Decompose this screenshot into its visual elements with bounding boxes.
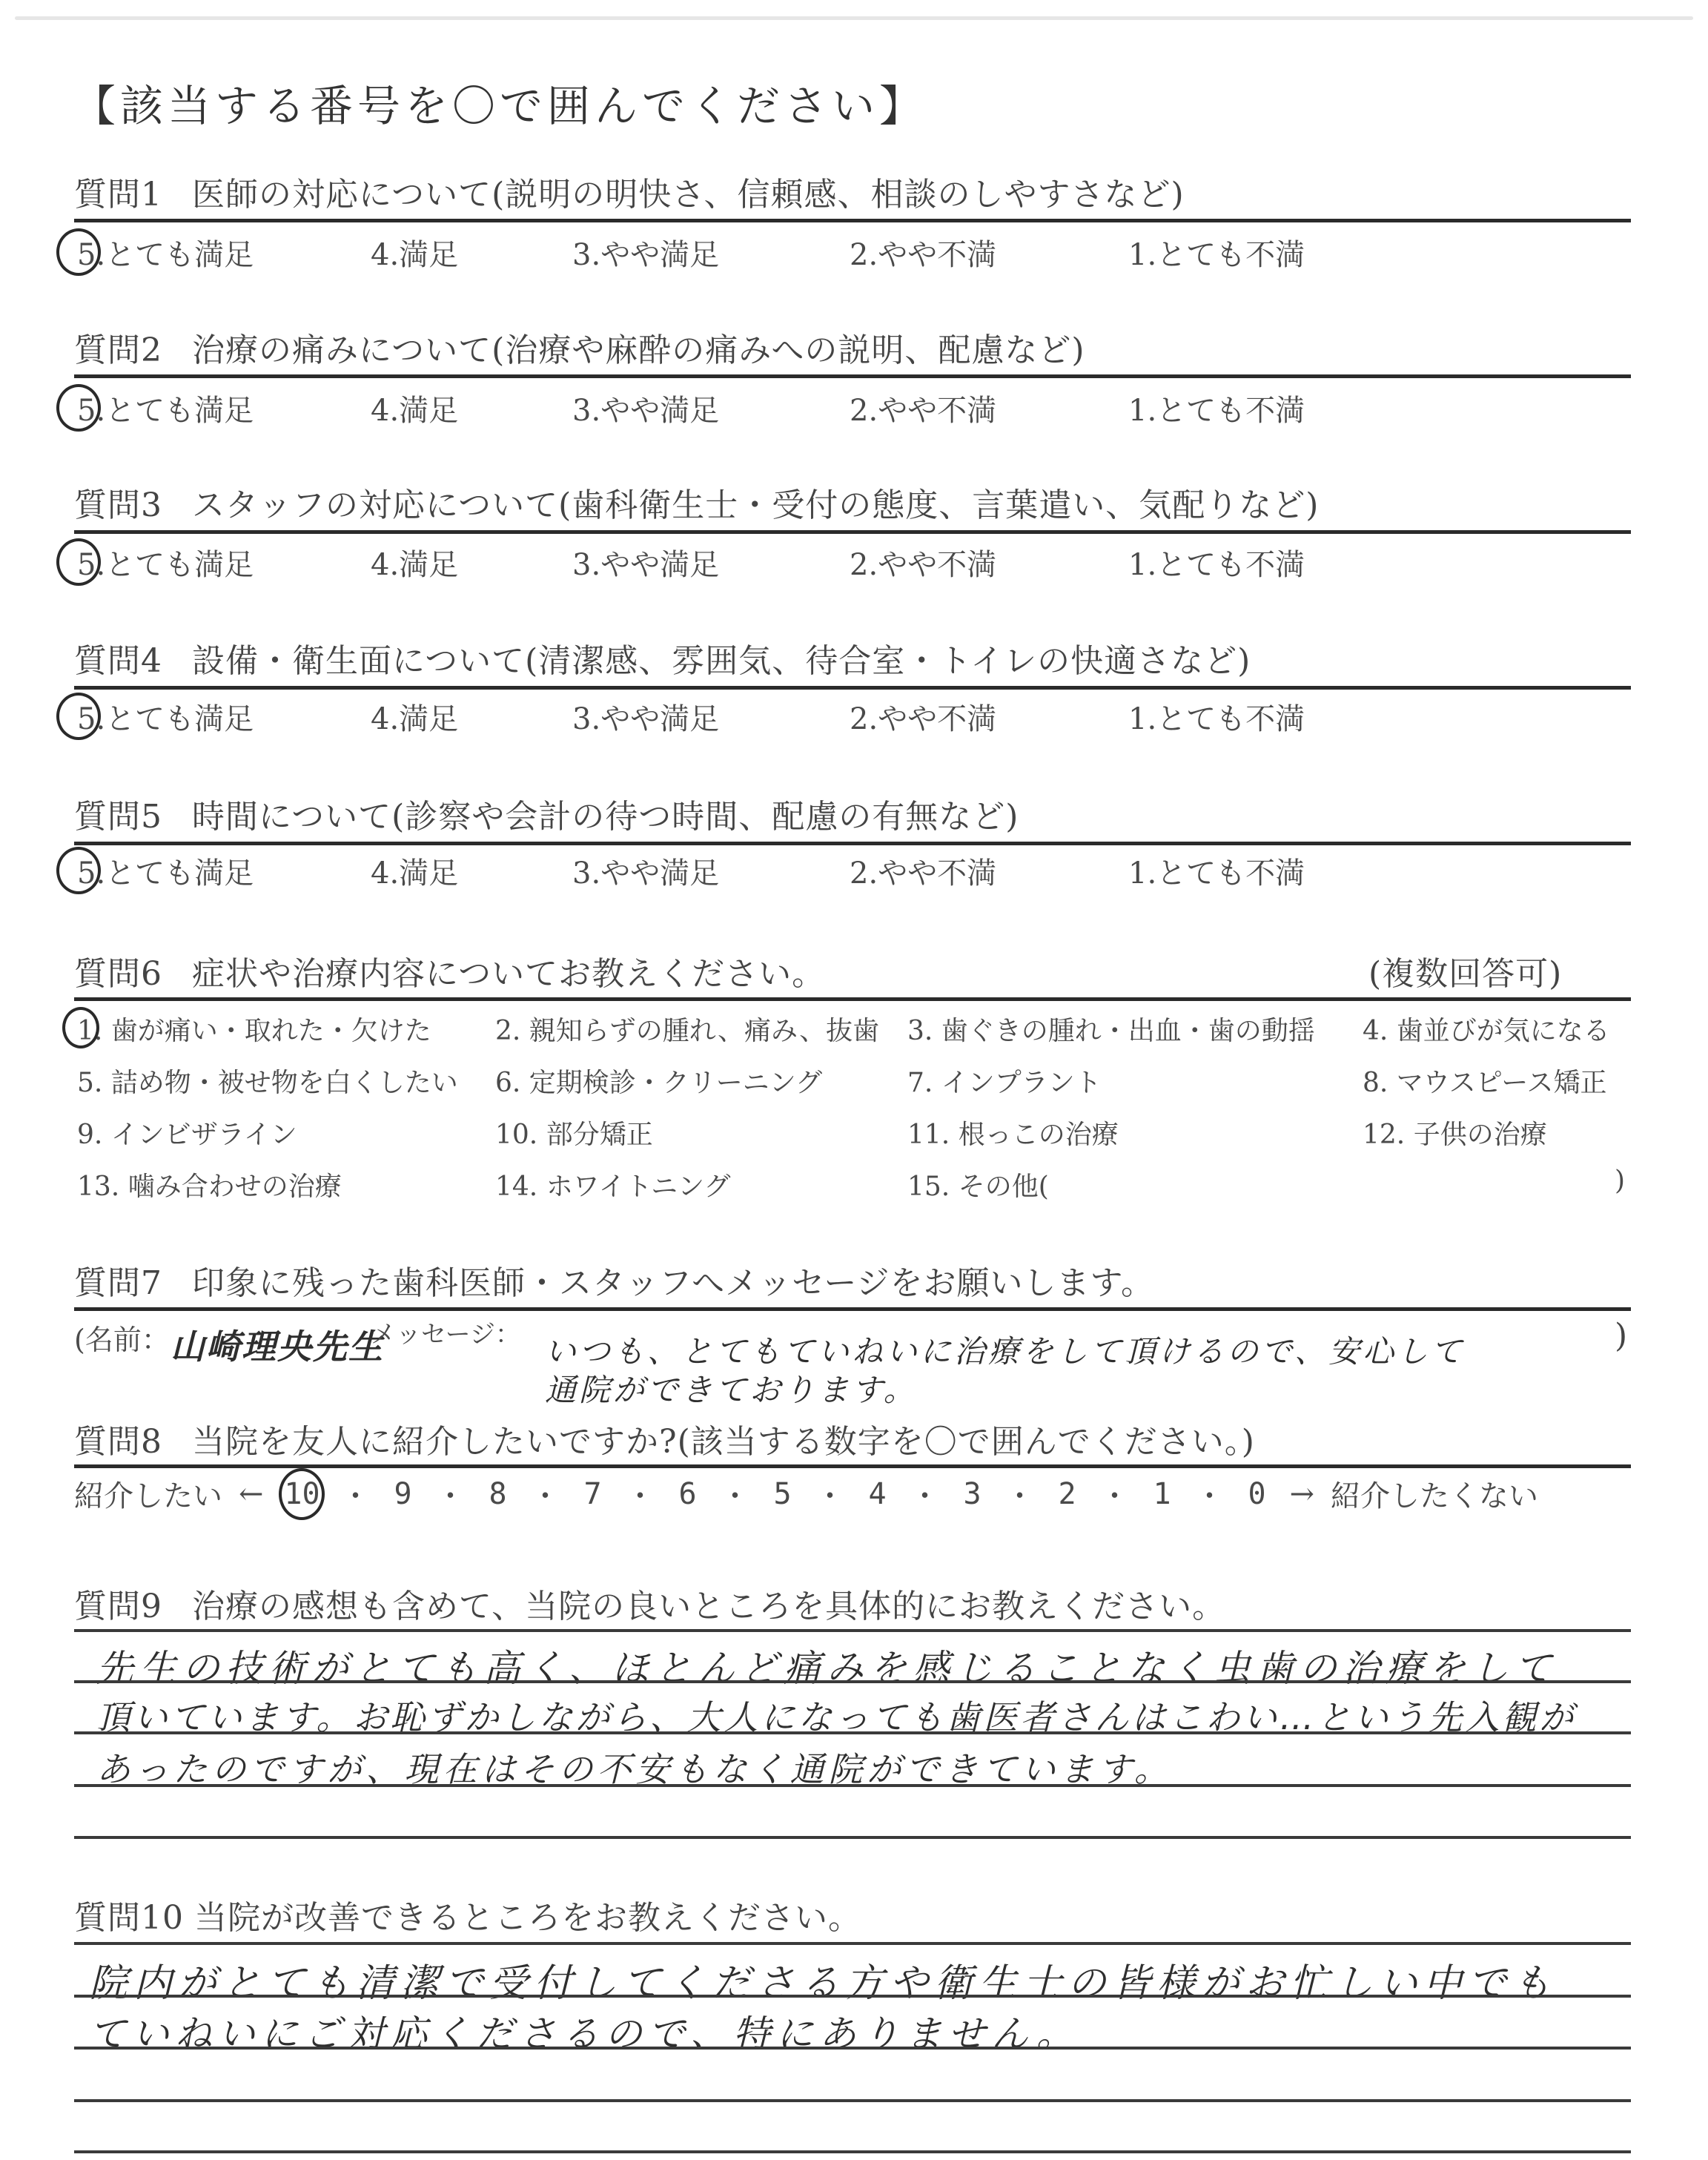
separator: ・ [1084,1473,1146,1515]
question-3-rule [74,530,1631,534]
question-7-text: 印象に残った歯科医師・スタッフへメッセージをお願いします。 [192,1264,1154,1302]
q9-rule-1 [74,1680,1631,1683]
question-6-number: 質問6 [74,955,162,993]
q4-option-2[interactable]: 2.やや不満 [850,696,996,738]
q7-close-paren: ) [1615,1317,1627,1355]
question-8-rule [74,1464,1631,1468]
q6-option-7[interactable]: 7. インプラント [907,1062,1102,1100]
question-1-number: 質問1 [74,176,162,214]
q10-answer-line-2[interactable]: ていねいにご対応くださるので、特にありません。 [89,2004,1079,2058]
q3-option-1[interactable]: 1.とても不満 [1128,541,1305,584]
left-arrow-icon: ← [239,1477,264,1511]
q1-option-2[interactable]: 2.やや不満 [850,231,996,274]
question-2-number: 質問2 [74,331,162,369]
q8-score-10[interactable]: 10 [280,1477,325,1511]
q8-score-5[interactable]: 5 [767,1477,799,1511]
q6-option-8[interactable]: 8. マウスピース矯正 [1363,1062,1606,1100]
question-5-number: 質問5 [74,798,162,836]
q6-option-2[interactable]: 2. 親知らずの腫れ、痛み、抜歯 [495,1010,879,1048]
question-5-rule [74,842,1631,845]
q3-option-2[interactable]: 2.やや不満 [850,541,996,584]
q4-option-4[interactable]: 4.満足 [371,696,458,738]
q3-option-5[interactable]: 5.とても満足 [77,541,254,584]
q6-option-1[interactable]: 1. 歯が痛い・取れた・欠けた [77,1010,431,1048]
q8-score-1[interactable]: 1 [1146,1477,1179,1511]
q9-answer-line-1[interactable]: 先生の技術がとても高く、ほとんど痛みを感じることなく虫歯の治療をして [96,1639,1558,1692]
right-arrow-icon: → [1290,1477,1315,1511]
q6-other-close-paren: ) [1615,1166,1625,1196]
q6-option-13[interactable]: 13. 噛み合わせの治療 [77,1166,342,1203]
q5-option-1[interactable]: 1.とても不満 [1128,850,1305,892]
question-8-heading: 質問8当院を友人に紹介したいですか?(該当する数字を〇で囲んでください。) [74,1415,1255,1462]
question-9-heading: 質問9治療の感想も含めて、当院の良いところを具体的にお教えください。 [74,1579,1225,1627]
q1-option-1[interactable]: 1.とても不満 [1128,231,1305,274]
question-2-text: 治療の痛みについて(治療や麻酔の痛みへの説明、配慮など) [192,331,1085,369]
q2-option-5[interactable]: 5.とても満足 [77,387,254,429]
q5-option-3[interactable]: 3.やや満足 [572,850,719,892]
question-5-heading: 質問5時間について(診察や会計の待つ時間、配慮の有無など) [74,790,1019,837]
q8-left-label: 紹介したい [74,1473,222,1515]
q5-selected-circle [56,847,101,894]
form-instructions-title: 【該当する番号を〇で囲んでください】 [73,71,927,133]
q6-option-11[interactable]: 11. 根っこの治療 [907,1114,1119,1152]
separator: ・ [799,1473,861,1515]
question-2-heading: 質問2治療の痛みについて(治療や麻酔の痛みへの説明、配慮など) [74,323,1085,371]
q3-option-4[interactable]: 4.満足 [371,541,458,584]
q7-message-line-1[interactable]: いつも、とてもていねいに治療をして頂けるので、安心して [545,1327,1465,1372]
q8-score-7[interactable]: 7 [577,1477,609,1511]
separator: ・ [609,1473,672,1515]
question-4-rule [74,686,1631,690]
q8-score-3[interactable]: 3 [956,1477,989,1511]
q1-option-3[interactable]: 3.やや満足 [572,231,719,274]
q10-rule-1 [74,1995,1631,1998]
q4-option-5[interactable]: 5.とても満足 [77,696,254,738]
q4-option-3[interactable]: 3.やや満足 [572,696,719,738]
separator: ・ [704,1473,767,1515]
q2-option-4[interactable]: 4.満足 [371,387,458,429]
question-8-text: 当院を友人に紹介したいですか?(該当する数字を〇で囲んでください。) [192,1423,1255,1461]
question-3-text: スタッフの対応について(歯科衛生士・受付の態度、言葉遣い、気配りなど) [192,486,1319,524]
question-6-multi-answer-note: (複数回答可) [1368,947,1562,994]
question-9-number: 質問9 [74,1588,162,1625]
question-4-heading: 質問4設備・衛生面について(清潔感、雰囲気、待合室・トイレの快適さなど) [74,634,1251,681]
q6-option-14[interactable]: 14. ホワイトニング [495,1166,730,1203]
question-6-heading: 質問6症状や治療内容についてお教えください。 [74,947,825,994]
question-7-number: 質問7 [74,1264,162,1302]
q6-option-12[interactable]: 12. 子供の治療 [1363,1114,1547,1152]
separator: ・ [1179,1473,1241,1515]
question-8-number: 質問8 [74,1423,162,1461]
q9-rule-2 [74,1731,1631,1734]
scan-top-edge [15,16,1693,20]
q4-option-1[interactable]: 1.とても不満 [1128,696,1305,738]
q8-score-4[interactable]: 4 [861,1477,894,1511]
q7-message-label: メッセージ： [371,1314,520,1350]
q5-option-2[interactable]: 2.やや不満 [850,850,996,892]
q4-selected-circle [56,693,101,740]
q1-selected-circle [56,228,101,276]
question-4-text: 設備・衛生面について(清潔感、雰囲気、待合室・トイレの快適さなど) [192,642,1251,680]
q2-selected-circle [56,384,101,432]
question-4-number: 質問4 [74,642,162,680]
q2-option-2[interactable]: 2.やや不満 [850,387,996,429]
q6-option-15-other[interactable]: 15. その他( [907,1166,1049,1203]
q8-score-0[interactable]: 0 [1241,1477,1274,1511]
q6-option-3[interactable]: 3. 歯ぐきの腫れ・出血・歯の動揺 [907,1010,1315,1048]
question-6-rule [74,997,1631,1001]
question-10-number: 質問10 [74,1899,184,1937]
separator: ・ [420,1473,482,1515]
question-6-text: 症状や治療内容についてお教えください。 [192,955,825,993]
question-2-rule [74,374,1631,378]
question-5-text: 時間について(診察や会計の待つ時間、配慮の有無など) [192,798,1019,836]
q2-option-1[interactable]: 1.とても不満 [1128,387,1305,429]
q6-selected-circle [62,1007,99,1048]
q10-answer-line-1[interactable]: 院内がとても清潔で受付してくださる方や衛生士の皆様がお忙しい中でも [89,1952,1557,2007]
question-1-rule [74,219,1631,222]
q6-option-5[interactable]: 5. 詰め物・被せ物を白くしたい [77,1062,458,1100]
separator: ・ [325,1473,387,1515]
question-1-text: 医師の対応について(説明の明快さ、信頼感、相談のしやすさなど) [192,176,1185,214]
q7-message-line-2[interactable]: 通院ができております。 [545,1366,918,1410]
question-7-heading: 質問7印象に残った歯科医師・スタッフへメッセージをお願いします。 [74,1256,1154,1304]
q2-option-3[interactable]: 3.やや満足 [572,387,719,429]
q8-score-2[interactable]: 2 [1051,1477,1084,1511]
q7-name-handwritten[interactable]: 山崎理央先生 [171,1320,384,1369]
q6-option-10[interactable]: 10. 部分矯正 [495,1114,653,1152]
separator: ・ [989,1473,1051,1515]
q8-score-6[interactable]: 6 [672,1477,704,1511]
separator: ・ [894,1473,956,1515]
q8-selected-circle [279,1468,325,1520]
q10-rule-0 [74,1942,1631,1945]
q9-rule-4 [74,1836,1631,1839]
separator: ・ [514,1473,577,1515]
q8-recommend-scale: 紹介したい ← 10 ・ 9 ・ 8 ・ 7 ・ 6 ・ 5 ・ 4 ・ 3 ・… [74,1473,1631,1515]
q8-score-8[interactable]: 8 [482,1477,514,1511]
q3-selected-circle [56,538,101,586]
q7-name-label: (名前： [74,1317,170,1358]
q1-option-4[interactable]: 4.満足 [371,231,458,274]
question-9-text: 治療の感想も含めて、当院の良いところを具体的にお教えください。 [192,1588,1225,1625]
q8-right-label: 紹介したくない [1331,1473,1538,1515]
q9-rule-3 [74,1784,1631,1787]
q9-rule-0 [74,1629,1631,1632]
question-10-heading: 質問10当院が改善できるところをお教えください。 [74,1891,861,1938]
q5-option-4[interactable]: 4.満足 [371,850,458,892]
q8-score-9[interactable]: 9 [387,1477,420,1511]
q6-option-4[interactable]: 4. 歯並びが気になる [1363,1010,1610,1048]
q10-rule-3 [74,2099,1631,2102]
q6-option-9[interactable]: 9. インビザライン [77,1114,297,1152]
question-7-rule [74,1307,1631,1311]
q3-option-3[interactable]: 3.やや満足 [572,541,719,584]
q6-option-6[interactable]: 6. 定期検診・クリーニング [495,1062,822,1100]
question-3-heading: 質問3スタッフの対応について(歯科衛生士・受付の態度、言葉遣い、気配りなど) [74,478,1319,526]
q1-option-5[interactable]: 5.とても満足 [77,231,254,274]
q10-rule-4 [74,2150,1631,2153]
question-3-number: 質問3 [74,486,162,524]
question-10-text: 当院が改善できるところをお教えください。 [194,1899,861,1937]
q5-option-5[interactable]: 5.とても満足 [77,850,254,892]
question-1-heading: 質問1医師の対応について(説明の明快さ、信頼感、相談のしやすさなど) [74,168,1185,215]
q10-rule-2 [74,2047,1631,2050]
